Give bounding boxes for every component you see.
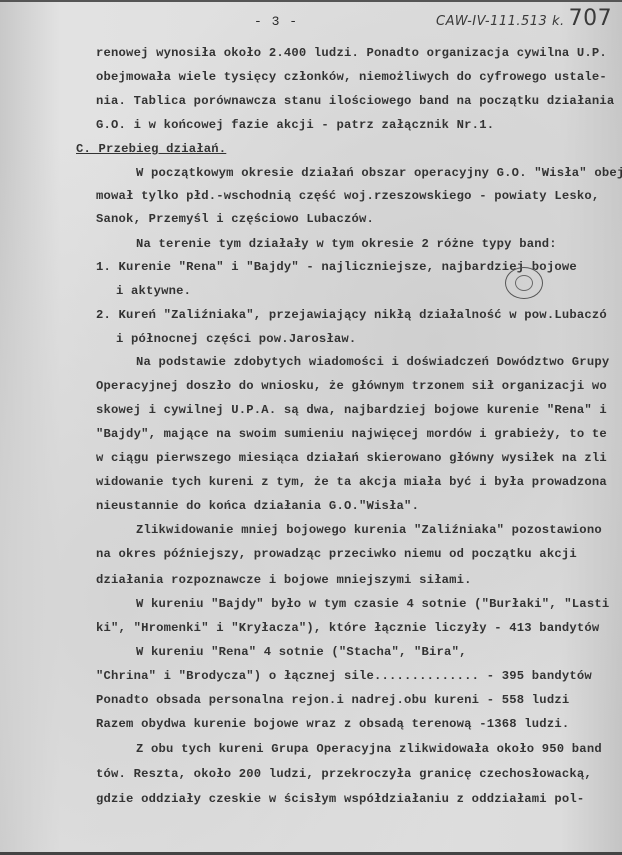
text-line: Na terenie tym działały w tym okresie 2 … [136,237,557,251]
text-line: gdzie oddziały czeskie w ścisłym współdz… [96,792,584,806]
list-item-continuation: i aktywne. [116,284,191,298]
text-line: widowanie tych kureni z tym, że ta akcja… [96,475,607,489]
text-line: ki", "Hromenki" i "Kryłacza"), które łąc… [96,621,599,635]
text-line: Zlikwidowanie mniej bojowego kurenia "Za… [136,523,602,537]
section-heading: C. Przebieg działań. [76,142,226,156]
tally-line: Ponadto obsada personalna rejon.i nadrej… [96,693,569,707]
folio-number: 707 [569,6,613,31]
text-line: W początkowym okresie działań obszar ope… [136,166,622,180]
text-line: Z obu tych kureni Grupa Operacyjna zlikw… [136,742,602,756]
text-line: mował tylko płd.-wschodnią część woj.rze… [96,189,599,203]
archive-stamp-icon [505,267,543,299]
document-page: - 3 - CAW-IV-111.513 k.707 renowej wynos… [0,0,622,855]
text-line: G.O. i w końcowej fazie akcji - patrz za… [96,118,494,132]
page-number: - 3 - [254,14,298,29]
tally-line: "Chrina" i "Brodycza") o łącznej sile...… [96,669,592,683]
text-line: W kureniu "Bajdy" było w tym czasie 4 so… [136,597,609,611]
text-line: Operacyjnej doszło do wniosku, że główny… [96,379,607,393]
text-line: tów. Reszta, około 200 ludzi, przekroczy… [96,767,592,781]
text-line: na okres późniejszy, prowadząc przeciwko… [96,547,577,561]
text-line: działania rozpoznawcze i bojowe mniejszy… [96,573,472,587]
archive-signature: CAW-IV-111.513 k. [436,14,565,29]
text-line: "Bajdy", mające na swoim sumieniu najwię… [96,427,607,441]
text-line: skowej i cywilnej U.P.A. są dwa, najbard… [96,403,607,417]
tally-total-line: Razem obydwa kurenie bojowe wraz z obsad… [96,717,569,731]
text-line: renowej wynosiła około 2.400 ludzi. Pona… [96,46,607,60]
list-item: 2. Kureń "Zaliźniaka", przejawiający nik… [96,308,607,322]
list-item: 1. Kurenie "Rena" i "Bajdy" - najlicznie… [96,260,577,274]
text-line: obejmowała wiele tysięcy członków, niemo… [96,70,607,84]
text-line: W kureniu "Rena" 4 sotnie ("Stacha", "Bi… [136,645,467,659]
text-line: Na podstawie zdobytych wiadomości i dośw… [136,355,609,369]
list-item-continuation: i północnej części pow.Jarosław. [116,332,356,346]
archive-reference: CAW-IV-111.513 k.707 [436,6,612,31]
text-line: nia. Tablica porównawcza stanu ilościowe… [96,94,614,108]
text-line: nieustannie do końca działania G.O."Wisł… [96,499,419,513]
text-line: w ciągu pierwszego miesiąca działań skie… [96,451,607,465]
text-line: Sanok, Przemyśl i częściowo Lubaczów. [96,212,374,226]
